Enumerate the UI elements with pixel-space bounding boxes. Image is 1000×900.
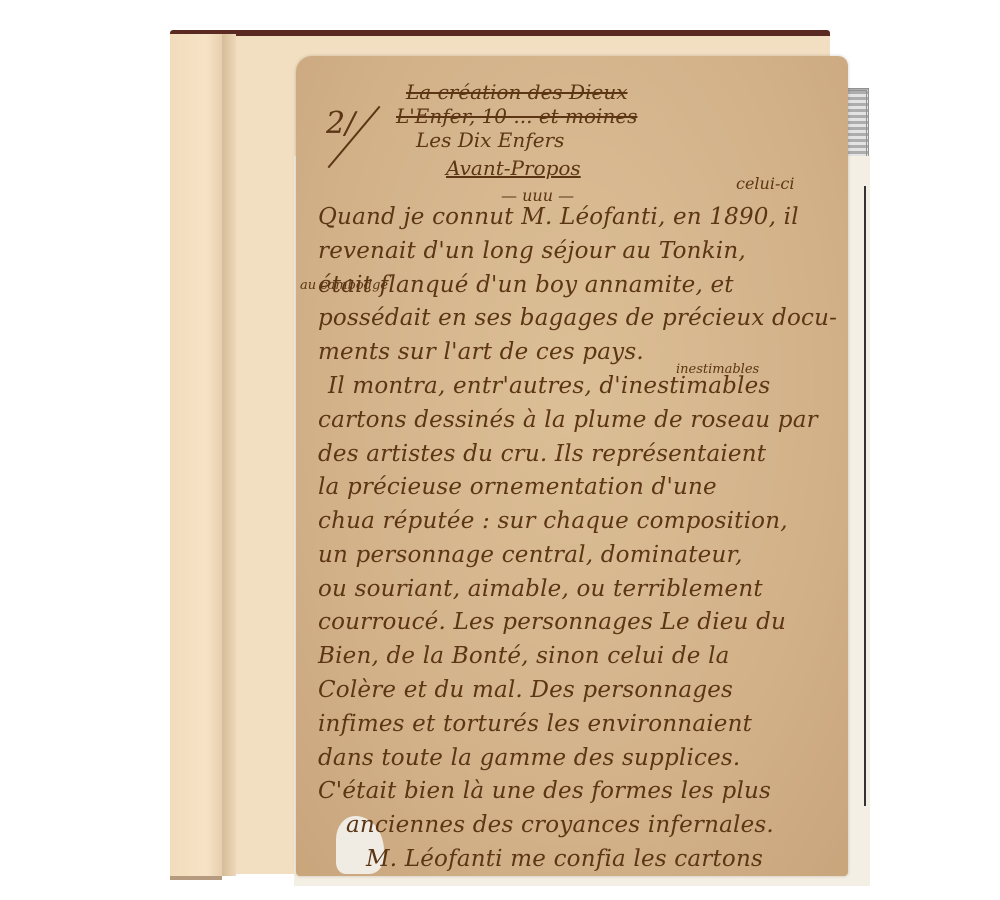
manuscript-line-9: la précieuse ornementation d'une: [318, 474, 717, 500]
page-number: 2/: [326, 106, 355, 141]
book-gutter: [222, 34, 236, 876]
right-book-page: 2/ La création des Dieux L'Enfer, 10 ...…: [236, 36, 830, 874]
manuscript-line-14: Bien, de la Bonté, sinon celui de la: [318, 643, 730, 669]
open-book: 2/ La création des Dieux L'Enfer, 10 ...…: [170, 30, 830, 880]
manuscript-line-11: un personnage central, dominateur,: [318, 542, 743, 568]
manuscript-line-4: possédait en ses bagages de précieux doc…: [318, 305, 837, 331]
manuscript-page: 2/ La création des Dieux L'Enfer, 10 ...…: [296, 56, 848, 876]
manuscript-line-20: M. Léofanti me confia les cartons: [366, 846, 763, 872]
manuscript-line-5: ments sur l'art de ces pays.: [318, 339, 644, 365]
manuscript-line-6: Il montra, entr'autres, d'inestimables: [328, 373, 770, 399]
manuscript-line-2: revenait d'un long séjour au Tonkin,: [318, 238, 746, 264]
title-struck-1: La création des Dieux: [406, 80, 627, 104]
annotation-celui-ci: celui-ci: [736, 174, 794, 193]
manuscript-line-8: des artistes du cru. Ils représentaient: [318, 441, 766, 467]
left-book-page: [170, 34, 222, 880]
manuscript-line-12: ou souriant, aimable, ou terriblement: [318, 576, 763, 602]
manuscript-line-7: cartons dessinés à la plume de roseau pa…: [318, 407, 818, 433]
manuscript-line-16: infimes et torturés les environnaient: [318, 711, 752, 737]
manuscript-line-17: dans toute la gamme des supplices.: [318, 745, 740, 771]
title-struck-2: L'Enfer, 10 ... et moines: [396, 104, 637, 128]
separator: — uuu —: [501, 186, 574, 205]
title-struck-avant-propos: Avant-Propos: [446, 156, 581, 180]
manuscript-line-13: courroucé. Les personnages Le dieu du: [318, 609, 786, 635]
manuscript-line-1: Quand je connut M. Léofanti, en 1890, il: [318, 204, 799, 230]
manuscript-line-19: anciennes des croyances infernales.: [346, 812, 774, 838]
printed-rule-line: [864, 186, 866, 806]
manuscript-line-3: était flanqué d'un boy annamite, et: [318, 272, 734, 298]
manuscript-line-18: C'était bien là une des formes les plus: [318, 778, 771, 804]
manuscript-line-15: Colère et du mal. Des personnages: [318, 677, 733, 703]
title-main: Les Dix Enfers: [416, 128, 564, 152]
manuscript-line-10: chua réputée : sur chaque composition,: [318, 508, 788, 534]
printed-ornament-border: [848, 88, 869, 161]
